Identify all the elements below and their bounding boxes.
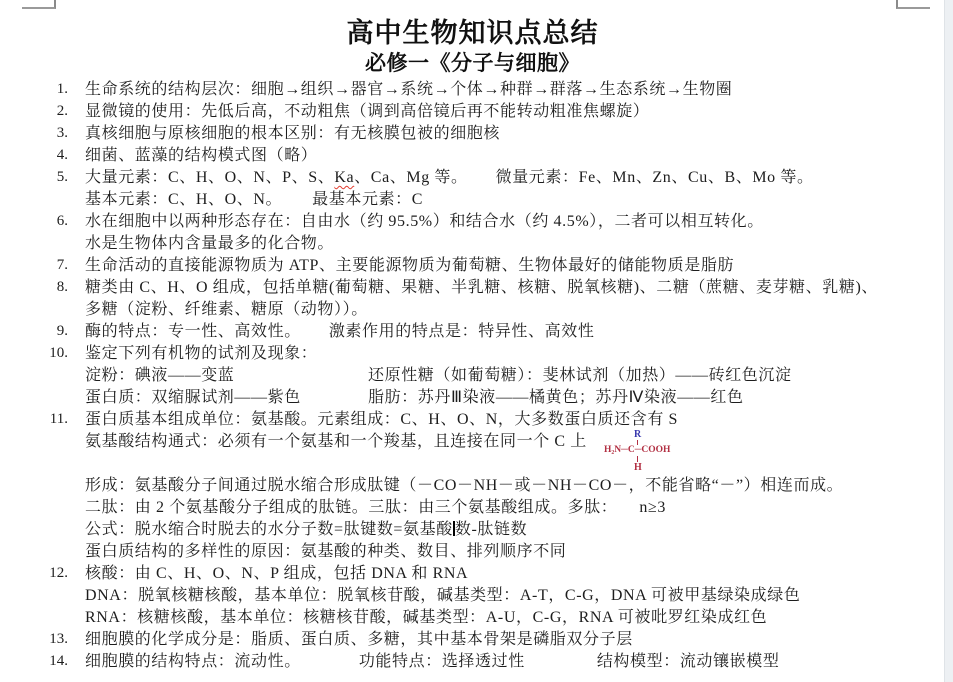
page-corner-mark-right <box>896 0 930 9</box>
formula-r-group: R <box>634 429 641 440</box>
item-11-equation: 公式：脱水缩合时脱去的水分子数=肽键数=氨基酸数-肽链数 <box>0 519 945 541</box>
item-text-segment: 激素作用的特点是：特异性、高效性 <box>329 323 595 340</box>
item-text: 公式：脱水缩合时脱去的水分子数=肽键数=氨基酸数-肽链数 <box>85 519 527 540</box>
item-9: 9. 酶的特点：专一性、高效性。激素作用的特点是：特异性、高效性 <box>0 321 945 343</box>
item-11-diversity: 蛋白质结构的多样性的原因：氨基酸的种类、数目、排列顺序不同 <box>0 541 945 563</box>
item-10-row-starch: 淀粉：碘液——变蓝 还原性糖（如葡萄糖）：斐林试剂（加热）——砖红色沉淀 <box>0 365 945 387</box>
item-text: 氨基酸结构通式：必须有一个氨基和一个羧基，且连接在同一个 C 上 <box>85 431 587 452</box>
blank-line <box>0 453 945 475</box>
item-text-column2: 还原性糖（如葡萄糖）：斐林试剂（加热）——砖红色沉淀 <box>368 365 792 386</box>
item-text-segment: 二肽：由 2 个氨基酸分子组成的肽链。三肽：由三个氨基酸组成。多肽： <box>85 499 617 516</box>
item-number: 5. <box>0 167 68 188</box>
page-corner-mark-left <box>22 0 56 9</box>
item-text: 生命活动的直接能源物质为 ATP、主要能源物质为葡萄糖、生物体最好的储能物质是脂… <box>85 255 734 276</box>
item-10: 10. 鉴定下列有机物的试剂及现象： <box>0 343 945 365</box>
item-text-segment: 酶的特点：专一性、高效性。 <box>85 323 301 340</box>
item-text: 细胞膜的结构特点：流动性。功能特点：选择透过性结构模型：流动镶嵌模型 <box>85 651 779 672</box>
item-6-continuation: 水是生物体内含量最多的化合物。 <box>0 233 945 255</box>
formula-h-atom: H <box>634 462 642 473</box>
item-text: 多糖（淀粉、纤维素、糖原（动物））。 <box>85 299 368 320</box>
item-12: 12. 核酸：由 C、H、O、N、P 组成，包括 DNA 和 RNA <box>0 563 945 585</box>
item-text-segment: 数-肽链数 <box>455 521 527 538</box>
item-number: 9. <box>0 321 68 342</box>
item-text-segment: n≥3 <box>639 499 666 516</box>
item-text: RNA：核糖核酸，基本单位：核糖核苷酸，碱基类型：A-U，C-G，RNA 可被吡… <box>85 607 767 628</box>
item-6: 6. 水在细胞中以两种形态存在：自由水（约 95.5%）和结合水（约 4.5%）… <box>0 211 945 233</box>
item-text: 基本元素：C、H、O、N。最基本元素：C <box>85 189 423 210</box>
item-12-dna: DNA：脱氧核糖核酸，基本单位：脱氧核苷酸，碱基类型：A-T，C-G，DNA 可… <box>0 585 945 607</box>
scrollbar-track[interactable] <box>944 0 953 682</box>
item-5: 5. 大量元素：C、H、O、N、P、S、Ka、Ca、Mg 等。微量元素：Fe、M… <box>0 167 945 189</box>
item-11-formation: 形成：氨基酸分子间通过脱水缩合形成肽键（－CO－NH－或－NH－CO－，不能省略… <box>0 475 945 497</box>
item-number: 10. <box>0 343 68 364</box>
misspelled-word: Ka <box>334 169 354 186</box>
item-text-segment: 细胞膜的结构特点：流动性。 <box>85 653 301 670</box>
item-text: 细胞膜的化学成分是：脂质、蛋白质、多糖，其中基本骨架是磷脂双分子层 <box>85 629 633 650</box>
item-text: 二肽：由 2 个氨基酸分子组成的肽链。三肽：由三个氨基酸组成。多肽：n≥3 <box>85 497 666 518</box>
item-text-segment: 基本元素：C、H、O、N。 <box>85 191 282 208</box>
document-subtitle: 必修一《分子与细胞》 <box>0 47 945 77</box>
item-12-rna: RNA：核糖核酸，基本单位：核糖核苷酸，碱基类型：A-U，C-G，RNA 可被吡… <box>0 607 945 629</box>
item-text: DNA：脱氧核糖核酸，基本单位：脱氧核苷酸，碱基类型：A-T，C-G，DNA 可… <box>85 585 800 606</box>
item-text: 显微镜的使用：先低后高，不动粗焦（调到高倍镜后再不能转动粗准焦螺旋） <box>85 101 649 122</box>
item-text: 核酸：由 C、H、O、N、P 组成，包括 DNA 和 RNA <box>85 563 468 584</box>
item-text-column2: 脂肪：苏丹Ⅲ染液——橘黄色；苏丹Ⅳ染液——红色 <box>368 387 744 408</box>
item-text: 形成：氨基酸分子间通过脱水缩合形成肽键（－CO－NH－或－NH－CO－，不能省略… <box>85 475 843 496</box>
document-page: 高中生物知识点总结 必修一《分子与细胞》 1. 生命系统的结构层次：细胞→组织→… <box>0 0 953 682</box>
item-1: 1. 生命系统的结构层次：细胞→组织→器官→系统→个体→种群→群落→生态系统→生… <box>0 79 945 101</box>
item-text: 水在细胞中以两种形态存在：自由水（约 95.5%）和结合水（约 4.5%），二者… <box>85 211 764 232</box>
item-number: 13. <box>0 629 68 650</box>
item-text: 生命系统的结构层次：细胞→组织→器官→系统→个体→种群→群落→生态系统→生物圈 <box>85 79 732 100</box>
item-text-segment: 最基本元素：C <box>312 191 423 208</box>
item-10-row-protein: 蛋白质：双缩脲试剂——紫色 脂肪：苏丹Ⅲ染液——橘黄色；苏丹Ⅳ染液——红色 <box>0 387 945 409</box>
item-text: 酶的特点：专一性、高效性。激素作用的特点是：特异性、高效性 <box>85 321 594 342</box>
item-number: 3. <box>0 123 68 144</box>
item-text: 鉴定下列有机物的试剂及现象： <box>85 343 317 364</box>
item-4: 4. 细菌、蓝藻的结构模式图（略） <box>0 145 945 167</box>
item-text: 淀粉：碘液——变蓝 <box>85 365 234 386</box>
item-text: 真核细胞与原核细胞的根本区别：有无核膜包被的细胞核 <box>85 123 500 144</box>
item-number: 8. <box>0 277 68 298</box>
item-text: 水是生物体内含量最多的化合物。 <box>85 233 334 254</box>
item-11: 11. 蛋白质基本组成单位：氨基酸。元素组成：C、H、O、N，大多数蛋白质还含有… <box>0 409 945 431</box>
item-text: 糖类由 C、H、O 组成，包括单糖(葡萄糖、果糖、半乳糖、核糖、脱氧核糖)、二糖… <box>85 277 878 298</box>
item-13: 13. 细胞膜的化学成分是：脂质、蛋白质、多糖，其中基本骨架是磷脂双分子层 <box>0 629 945 651</box>
item-number: 4. <box>0 145 68 166</box>
item-number: 12. <box>0 563 68 584</box>
item-text-segment: 微量元素：Fe、Mn、Zn、Cu、B、Mo 等。 <box>496 169 814 186</box>
item-text-segment: 、Ca、Mg 等。 <box>354 169 467 186</box>
item-number: 14. <box>0 651 68 672</box>
item-2: 2. 显微镜的使用：先低后高，不动粗焦（调到高倍镜后再不能转动粗准焦螺旋） <box>0 101 945 123</box>
item-text: 蛋白质基本组成单位：氨基酸。元素组成：C、H、O、N，大多数蛋白质还含有 S <box>85 409 678 430</box>
item-11-peptides: 二肽：由 2 个氨基酸分子组成的肽链。三肽：由三个氨基酸组成。多肽：n≥3 <box>0 497 945 519</box>
item-11-formula-line: 氨基酸结构通式：必须有一个氨基和一个羧基，且连接在同一个 C 上 <box>0 431 945 453</box>
item-text: 蛋白质：双缩脲试剂——紫色 <box>85 387 301 408</box>
item-text: 大量元素：C、H、O、N、P、S、Ka、Ca、Mg 等。微量元素：Fe、Mn、Z… <box>85 167 814 188</box>
item-14: 14. 细胞膜的结构特点：流动性。功能特点：选择透过性结构模型：流动镶嵌模型 <box>0 651 945 673</box>
item-8-continuation: 多糖（淀粉、纤维素、糖原（动物））。 <box>0 299 945 321</box>
item-text: 细菌、蓝藻的结构模式图（略） <box>85 145 317 166</box>
formula-backbone: H₂N─C─COOH <box>604 445 670 455</box>
item-number: 1. <box>0 79 68 100</box>
item-number: 11. <box>0 409 68 430</box>
item-text-segment: 功能特点：选择透过性 <box>359 653 525 670</box>
item-text-segment: 结构模型：流动镶嵌模型 <box>597 653 780 670</box>
document-title: 高中生物知识点总结 <box>0 11 945 50</box>
item-text-segment: 公式：脱水缩合时脱去的水分子数=肽键数=氨基酸 <box>85 521 453 538</box>
item-text: 蛋白质结构的多样性的原因：氨基酸的种类、数目、排列顺序不同 <box>85 541 566 562</box>
numbered-list: 1. 生命系统的结构层次：细胞→组织→器官→系统→个体→种群→群落→生态系统→生… <box>0 79 945 673</box>
item-3: 3. 真核细胞与原核细胞的根本区别：有无核膜包被的细胞核 <box>0 123 945 145</box>
item-number: 6. <box>0 211 68 232</box>
item-text-segment: 大量元素：C、H、O、N、P、S、 <box>85 169 334 186</box>
item-number: 7. <box>0 255 68 276</box>
item-7: 7. 生命活动的直接能源物质为 ATP、主要能源物质为葡萄糖、生物体最好的储能物… <box>0 255 945 277</box>
item-5-continuation: 基本元素：C、H、O、N。最基本元素：C <box>0 189 945 211</box>
item-8: 8. 糖类由 C、H、O 组成，包括单糖(葡萄糖、果糖、半乳糖、核糖、脱氧核糖)… <box>0 277 945 299</box>
item-number: 2. <box>0 101 68 122</box>
amino-acid-structure-diagram: R H₂N─C─COOH H <box>604 429 676 481</box>
